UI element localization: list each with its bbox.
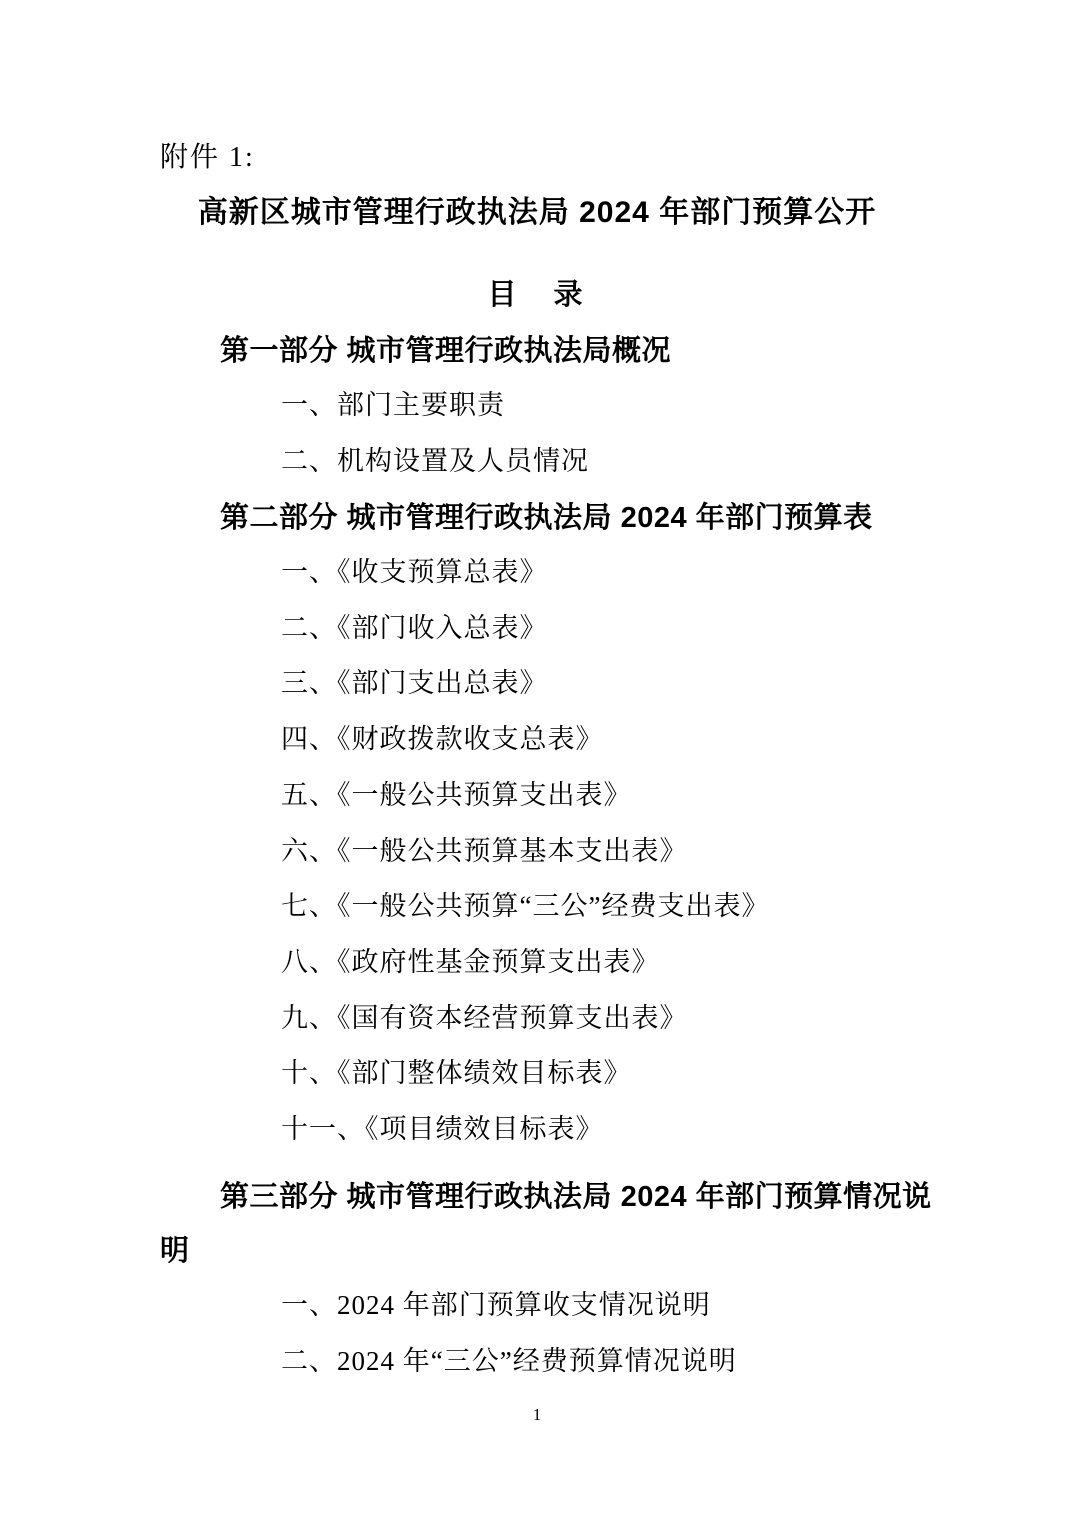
part3-item-2: 二、2024 年“三公”经费预算情况说明 bbox=[281, 1345, 737, 1379]
part1-heading: 第一部分 城市管理行政执法局概况 bbox=[220, 333, 671, 369]
part2-item-9: 九、《国有资本经营预算支出表》 bbox=[281, 1002, 688, 1036]
part2-item-2: 二、《部门收入总表》 bbox=[281, 612, 548, 646]
part2-item-11: 十一、《项目绩效目标表》 bbox=[281, 1113, 604, 1147]
part1-item-1: 一、部门主要职责 bbox=[281, 389, 505, 423]
part2-item-8: 八、《政府性基金预算支出表》 bbox=[281, 946, 660, 980]
part3-item-1: 一、2024 年部门预算收支情况说明 bbox=[281, 1289, 711, 1323]
part2-item-10: 十、《部门整体绩效目标表》 bbox=[281, 1057, 632, 1091]
part1-item-2: 二、机构设置及人员情况 bbox=[281, 445, 589, 479]
part2-item-7: 七、《一般公共预算“三公”经费支出表》 bbox=[281, 890, 769, 924]
part2-item-1: 一、《收支预算总表》 bbox=[281, 556, 548, 590]
part2-item-3: 三、《部门支出总表》 bbox=[281, 667, 548, 701]
part3-heading: 第三部分 城市管理行政执法局 2024 年部门预算情况说明 bbox=[160, 1170, 942, 1278]
document-title: 高新区城市管理行政执法局 2024 年部门预算公开 bbox=[0, 194, 1074, 232]
toc-title: 目 录 bbox=[0, 277, 1074, 313]
document-page: 附件 1: 高新区城市管理行政执法局 2024 年部门预算公开 目 录 第一部分… bbox=[0, 0, 1074, 1520]
part2-heading: 第二部分 城市管理行政执法局 2024 年部门预算表 bbox=[220, 500, 873, 536]
page-number: 1 bbox=[0, 1404, 1074, 1425]
attachment-label: 附件 1: bbox=[160, 140, 255, 175]
part2-item-5: 五、《一般公共预算支出表》 bbox=[281, 779, 632, 813]
part2-item-6: 六、《一般公共预算基本支出表》 bbox=[281, 835, 688, 869]
part2-item-4: 四、《财政拨款收支总表》 bbox=[281, 723, 604, 757]
